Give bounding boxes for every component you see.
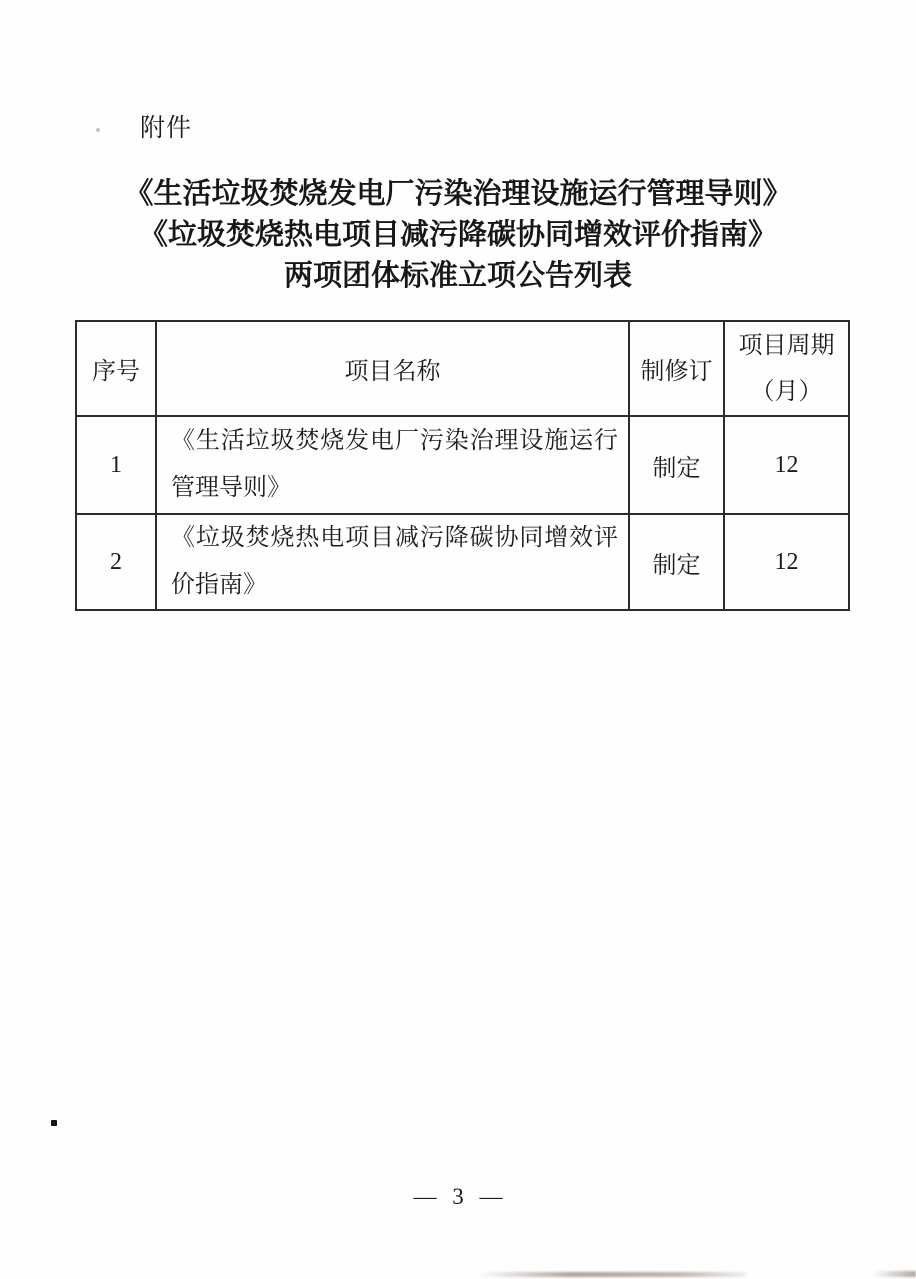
cell-revision-type: 制定 xyxy=(629,416,724,514)
attachment-label: 附件 xyxy=(140,108,192,144)
header-serial-number: 序号 xyxy=(76,321,156,416)
page-number: — 3 — xyxy=(0,1184,916,1210)
header-revision-type: 制修订 xyxy=(629,321,724,416)
cell-project-period: 12 xyxy=(724,514,849,610)
title-line-2: 《垃圾焚烧热电项目减污降碳协同增效评价指南》 xyxy=(0,215,916,256)
cell-project-name: 《生活垃圾焚烧发电厂污染治理设施运行管理导则》 xyxy=(156,416,629,514)
standards-table: 序号 项目名称 制修订 项目周期（月） 1 《生活垃圾焚烧发电厂污染治理设施运行… xyxy=(75,320,850,611)
scan-edge-artifact xyxy=(478,1272,746,1277)
faint-dot-artifact xyxy=(96,128,100,132)
table-row: 2 《垃圾焚烧热电项目减污降碳协同增效评价指南》 制定 12 xyxy=(76,514,849,610)
cell-project-period: 12 xyxy=(724,416,849,514)
scan-edge-artifact xyxy=(872,1271,916,1277)
title-line-1: 《生活垃圾焚烧发电厂污染治理设施运行管理导则》 xyxy=(0,174,916,215)
ink-speck-artifact xyxy=(51,1120,57,1126)
cell-serial-number: 2 xyxy=(76,514,156,610)
cell-project-name: 《垃圾焚烧热电项目减污降碳协同增效评价指南》 xyxy=(156,514,629,610)
table-row: 1 《生活垃圾焚烧发电厂污染治理设施运行管理导则》 制定 12 xyxy=(76,416,849,514)
header-project-period: 项目周期（月） xyxy=(724,321,849,416)
table-header-row: 序号 项目名称 制修订 项目周期（月） xyxy=(76,321,849,416)
cell-serial-number: 1 xyxy=(76,416,156,514)
header-project-name: 项目名称 xyxy=(156,321,629,416)
title-line-3: 两项团体标准立项公告列表 xyxy=(0,256,916,297)
document-page: 附件 《生活垃圾焚烧发电厂污染治理设施运行管理导则》 《垃圾焚烧热电项目减污降碳… xyxy=(0,0,916,1279)
document-title: 《生活垃圾焚烧发电厂污染治理设施运行管理导则》 《垃圾焚烧热电项目减污降碳协同增… xyxy=(0,174,916,297)
cell-revision-type: 制定 xyxy=(629,514,724,610)
